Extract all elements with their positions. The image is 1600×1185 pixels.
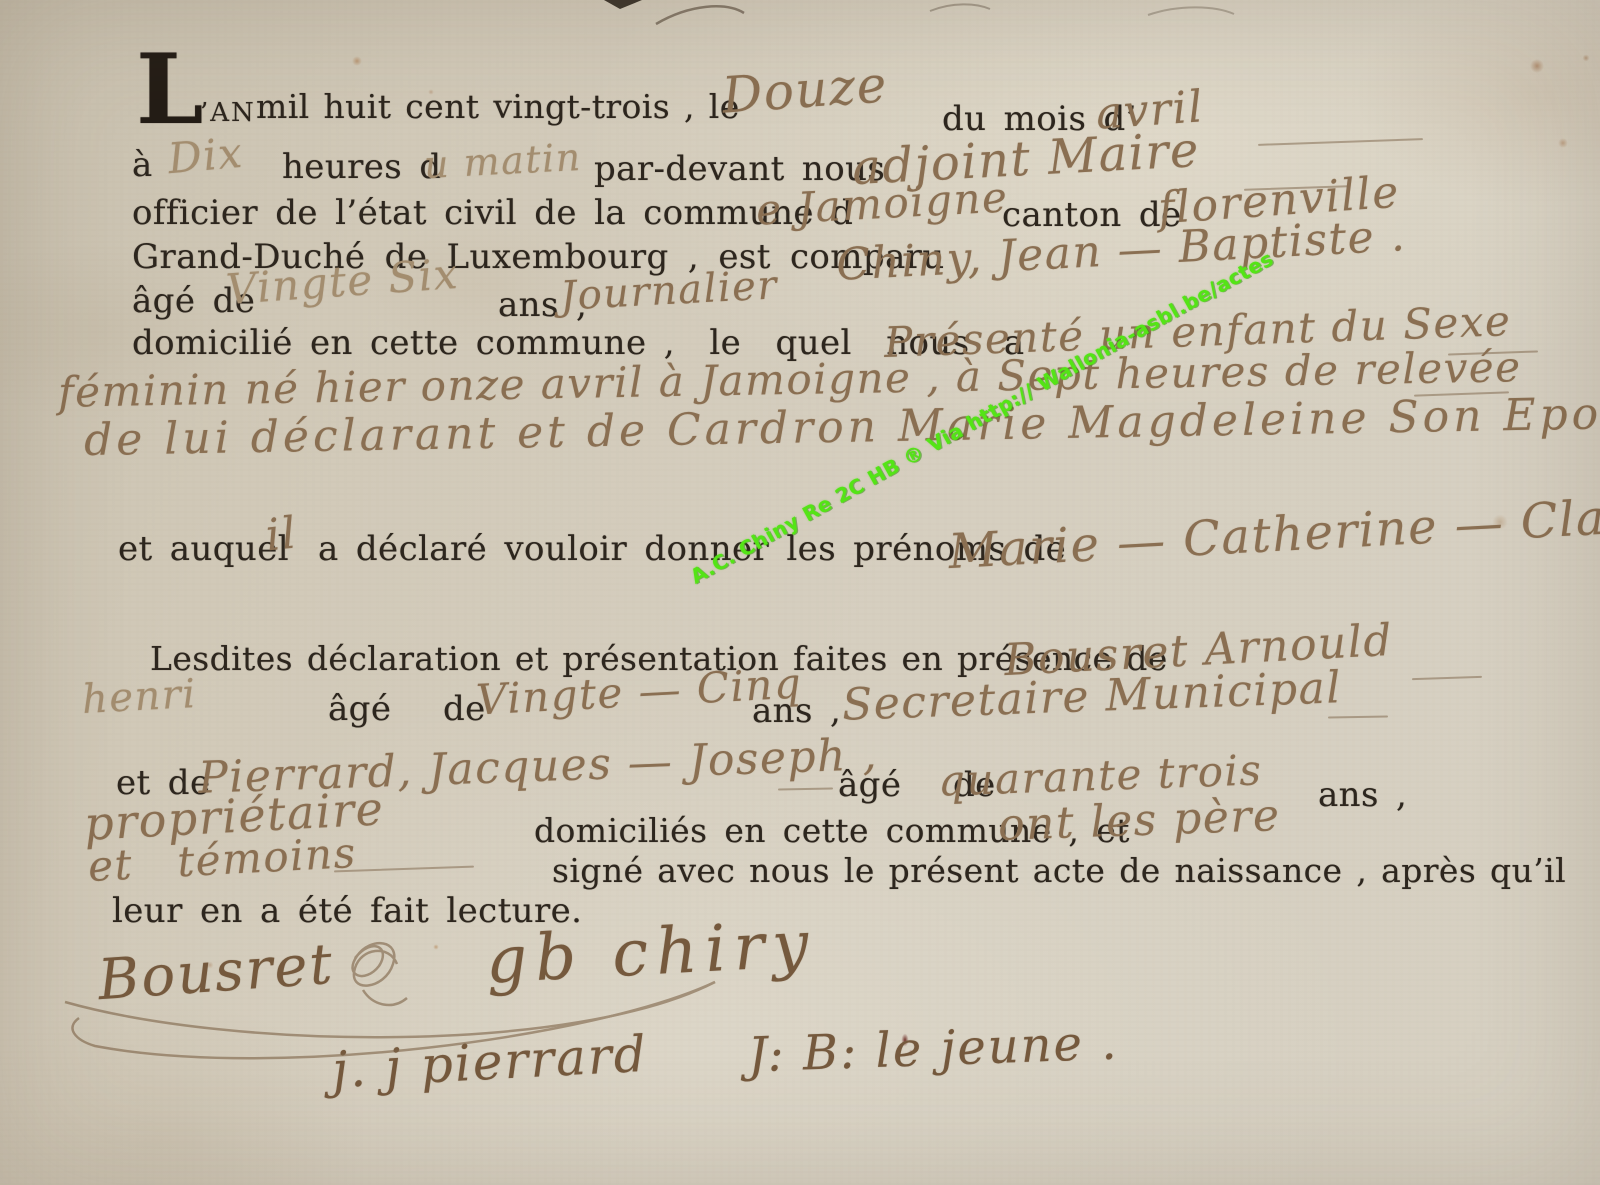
top-edge-ink-strokes — [0, 0, 1600, 44]
printed-line11-ans: ans , — [752, 694, 841, 730]
printed-line2-a: à — [132, 148, 153, 184]
printed-line9-etauquel: et auquel — [118, 532, 289, 568]
handwritten-commune: e Jamoigne — [755, 175, 1009, 232]
signature-lejeune: J: B: le jeune . — [747, 1018, 1119, 1081]
signature-bousret: Bousret — [96, 936, 336, 1011]
printed-line11-age: âgé de — [328, 692, 486, 728]
handwritten-ont-les-pere: ont les père — [997, 793, 1281, 849]
handwritten-child-firstnames: Marie — Catherine — Claire — [947, 489, 1600, 577]
printed-line1-an: ’AN — [200, 100, 256, 127]
handwritten-hour: Dix — [166, 131, 245, 181]
register-page-scan: L ’AN mil huit cent vingt-trois , le Dou… — [0, 0, 1600, 1185]
handwritten-il: il — [264, 510, 300, 559]
fill-rule-line — [1412, 676, 1482, 680]
fill-rule-line — [1328, 715, 1388, 718]
handwritten-witness1-name2: henri — [81, 673, 198, 721]
handwritten-day: Douze — [720, 58, 889, 122]
signature-pierrard: j. j pierrard — [331, 1028, 649, 1097]
handwritten-du-matin: u matin — [423, 138, 583, 186]
fill-rule-line — [1258, 138, 1423, 146]
signature-chiry: gb chiry — [484, 911, 818, 995]
printed-line2-heures: heures d — [282, 150, 442, 186]
handwritten-declarant-profession: Journalier — [559, 264, 779, 317]
printed-line12-ans: ans , — [1318, 778, 1407, 814]
printed-line3-commune: officier de l’état civil de la commune d — [132, 196, 853, 232]
fill-rule-line — [778, 788, 833, 791]
handwritten-et-temoins: et témoins — [87, 831, 358, 889]
printed-line1-year: mil huit cent vingt-trois , le — [256, 90, 740, 125]
dropcap-letter: L — [136, 52, 204, 129]
printed-line14-signe: signé avec nous le présent acte de naiss… — [552, 854, 1566, 889]
